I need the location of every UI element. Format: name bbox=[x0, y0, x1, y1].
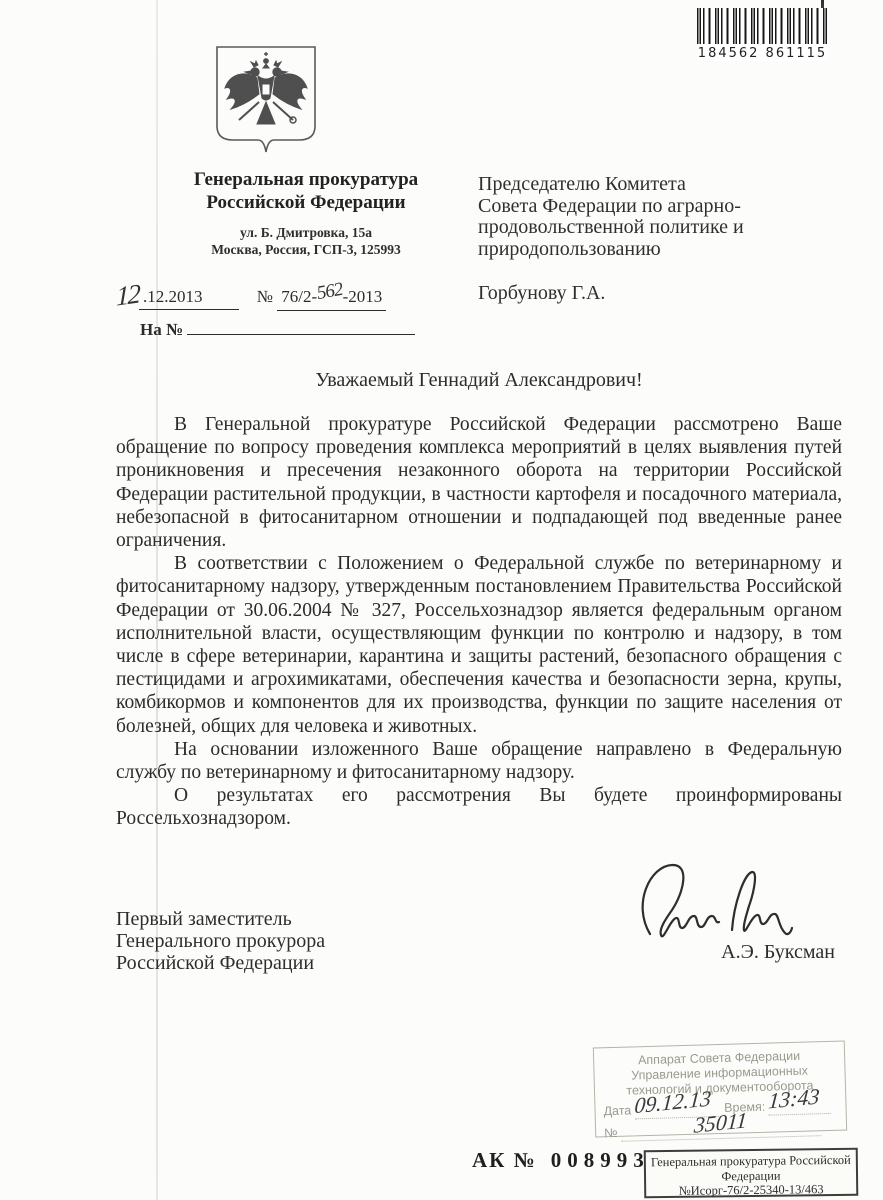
number-part1: 76/2- bbox=[281, 287, 317, 306]
outgoing-registration-stamp: Генеральная прокуратура Российской Федер… bbox=[644, 1148, 859, 1199]
handwritten-number-part: 562 bbox=[315, 279, 344, 305]
paragraph: В соответствии с Положением о Федерально… bbox=[116, 552, 842, 738]
letter-body: В Генеральной прокуратуре Российской Фед… bbox=[116, 413, 842, 831]
signer-title-block: Первый заместитель Генерального прокурор… bbox=[116, 908, 325, 974]
barcode-digits: 184562 861115 bbox=[697, 44, 828, 61]
scanned-letter-page: 184562 861115 bbox=[0, 0, 883, 1200]
stamp-number-field: 35011 bbox=[621, 1116, 821, 1142]
handwritten-stamp-number: 35011 bbox=[694, 1112, 748, 1132]
recipient-block: Председателю Комитета Совета Федерации п… bbox=[478, 174, 823, 305]
handwritten-day: 12 bbox=[116, 278, 139, 313]
ak-value: 008993 bbox=[551, 1148, 650, 1172]
signer-name: А.Э. Буксман bbox=[600, 941, 835, 964]
reply-blank-line bbox=[187, 318, 415, 335]
typed-date: .12.2013 bbox=[139, 287, 239, 310]
number-part2: -2013 bbox=[343, 287, 383, 306]
stamp-out-line: Генеральная прокуратура Российской bbox=[646, 1153, 856, 1170]
recipient-name: Горбунову Г.А. bbox=[478, 283, 823, 305]
outgoing-number: 76/2-562-2013 bbox=[277, 286, 386, 311]
handwritten-stamp-time: 13:43 bbox=[768, 1088, 820, 1108]
barcode: 184562 861115 bbox=[697, 8, 828, 61]
reply-reference-row: На № bbox=[140, 318, 415, 340]
incoming-registration-stamp: Аппарат Совета Федерации Управление инфо… bbox=[593, 1040, 847, 1137]
handwritten-stamp-date: 09.12.13 bbox=[634, 1090, 712, 1113]
paragraph: В Генеральной прокуратуре Российской Фед… bbox=[116, 413, 842, 552]
recipient-line: Совета Федерации по аграрно- bbox=[478, 196, 823, 218]
coat-of-arms-russia-icon bbox=[210, 40, 322, 160]
number-sign: № bbox=[257, 287, 273, 306]
org-title: Генеральная прокуратура Российской Федер… bbox=[148, 168, 464, 214]
recipient-line: природопользованию bbox=[478, 239, 823, 261]
reply-label: На № bbox=[140, 320, 183, 339]
org-address: ул. Б. Дмитровка, 15а Москва, Россия, ГС… bbox=[148, 224, 464, 258]
ak-label: АК № bbox=[472, 1148, 537, 1172]
paragraph: На основании изложенного Ваше обращение … bbox=[116, 738, 842, 784]
date-and-number-row: 12.12.2013 № 76/2-562-2013 bbox=[116, 278, 476, 314]
signer-title-line: Первый заместитель bbox=[116, 908, 325, 930]
recipient-line: Председателю Комитета bbox=[478, 174, 823, 196]
signature-scribble bbox=[628, 858, 828, 950]
stamp-time-field: 13:43 bbox=[768, 1094, 831, 1116]
org-address-line2: Москва, Россия, ГСП-3, 125993 bbox=[148, 241, 464, 258]
recipient-line: продовольственной политике и bbox=[478, 217, 823, 239]
blank-series-number: АК №008993 bbox=[472, 1148, 650, 1173]
stamp-number-label: № bbox=[604, 1126, 618, 1140]
stamp-out-line: №Исорг-76/2-25340-13/463 bbox=[646, 1182, 856, 1199]
signer-title-line: Генерального прокурора bbox=[116, 930, 325, 952]
paragraph: О результатах его рассмотрения Вы будете… bbox=[116, 784, 842, 830]
salutation: Уважаемый Геннадий Александрович! bbox=[116, 369, 842, 392]
stamp-date-label: Дата bbox=[603, 1103, 631, 1118]
org-address-line1: ул. Б. Дмитровка, 15а bbox=[148, 224, 464, 241]
signer-title-line: Российской Федерации bbox=[116, 952, 325, 974]
org-title-line1: Генеральная прокуратура bbox=[148, 168, 464, 191]
org-title-line2: Российской Федерации bbox=[148, 191, 464, 214]
